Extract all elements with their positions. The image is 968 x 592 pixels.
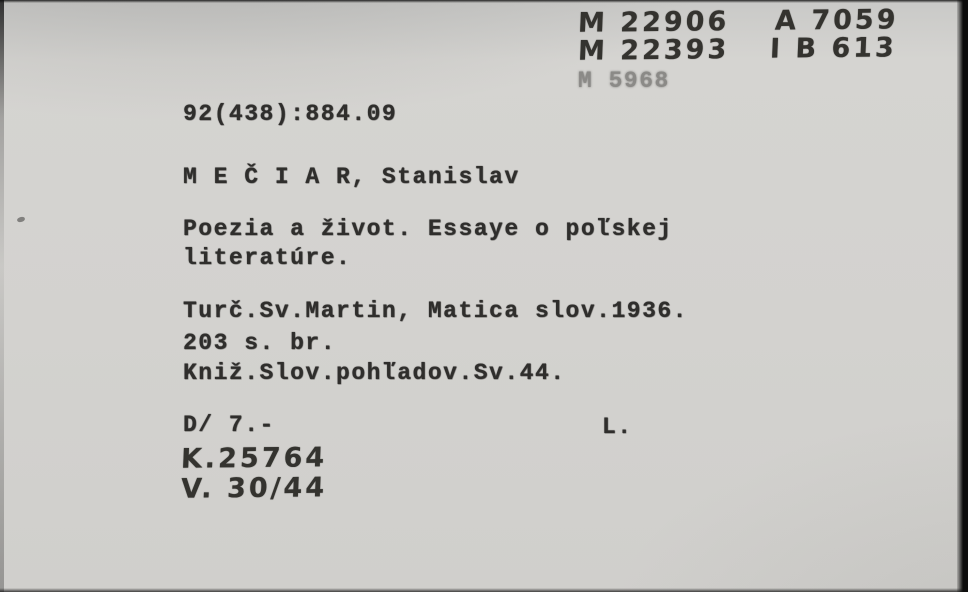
scan-edge-right <box>957 0 968 592</box>
title-line-2: literatúre. <box>183 245 351 271</box>
catalog-card-scan: M 22906 M 22393 M 5968 A 7059 I B 613 92… <box>0 0 968 592</box>
letter-mark: L. <box>602 414 633 440</box>
udc-classification-number: 92(438):884.09 <box>183 101 397 127</box>
series-line: Kniž.Slov.pohľadov.Sv.44. <box>183 360 566 386</box>
accession-number-2: V. 30/44 <box>180 472 327 505</box>
accession-number-1: K.25764 <box>180 442 327 475</box>
ink-speck <box>16 216 25 223</box>
imprint-line: Turč.Sv.Martin, Matica slov.1936. <box>183 298 688 324</box>
scan-edge-bottom <box>0 588 968 592</box>
collation-line: 203 s. br. <box>183 330 336 356</box>
handwritten-number-4: I B 613 <box>769 32 897 64</box>
price-note: D/ 7.- <box>183 412 275 438</box>
scan-edge-left <box>0 0 4 592</box>
stamped-number: M 5968 <box>578 68 670 94</box>
handwritten-number-2: M 22393 <box>577 34 730 67</box>
title-line-1: Poezia a život. Essaye o poľskej <box>183 216 673 242</box>
author-heading: M E Č I A R, Stanislav <box>183 164 520 190</box>
scan-edge-top <box>0 0 968 3</box>
